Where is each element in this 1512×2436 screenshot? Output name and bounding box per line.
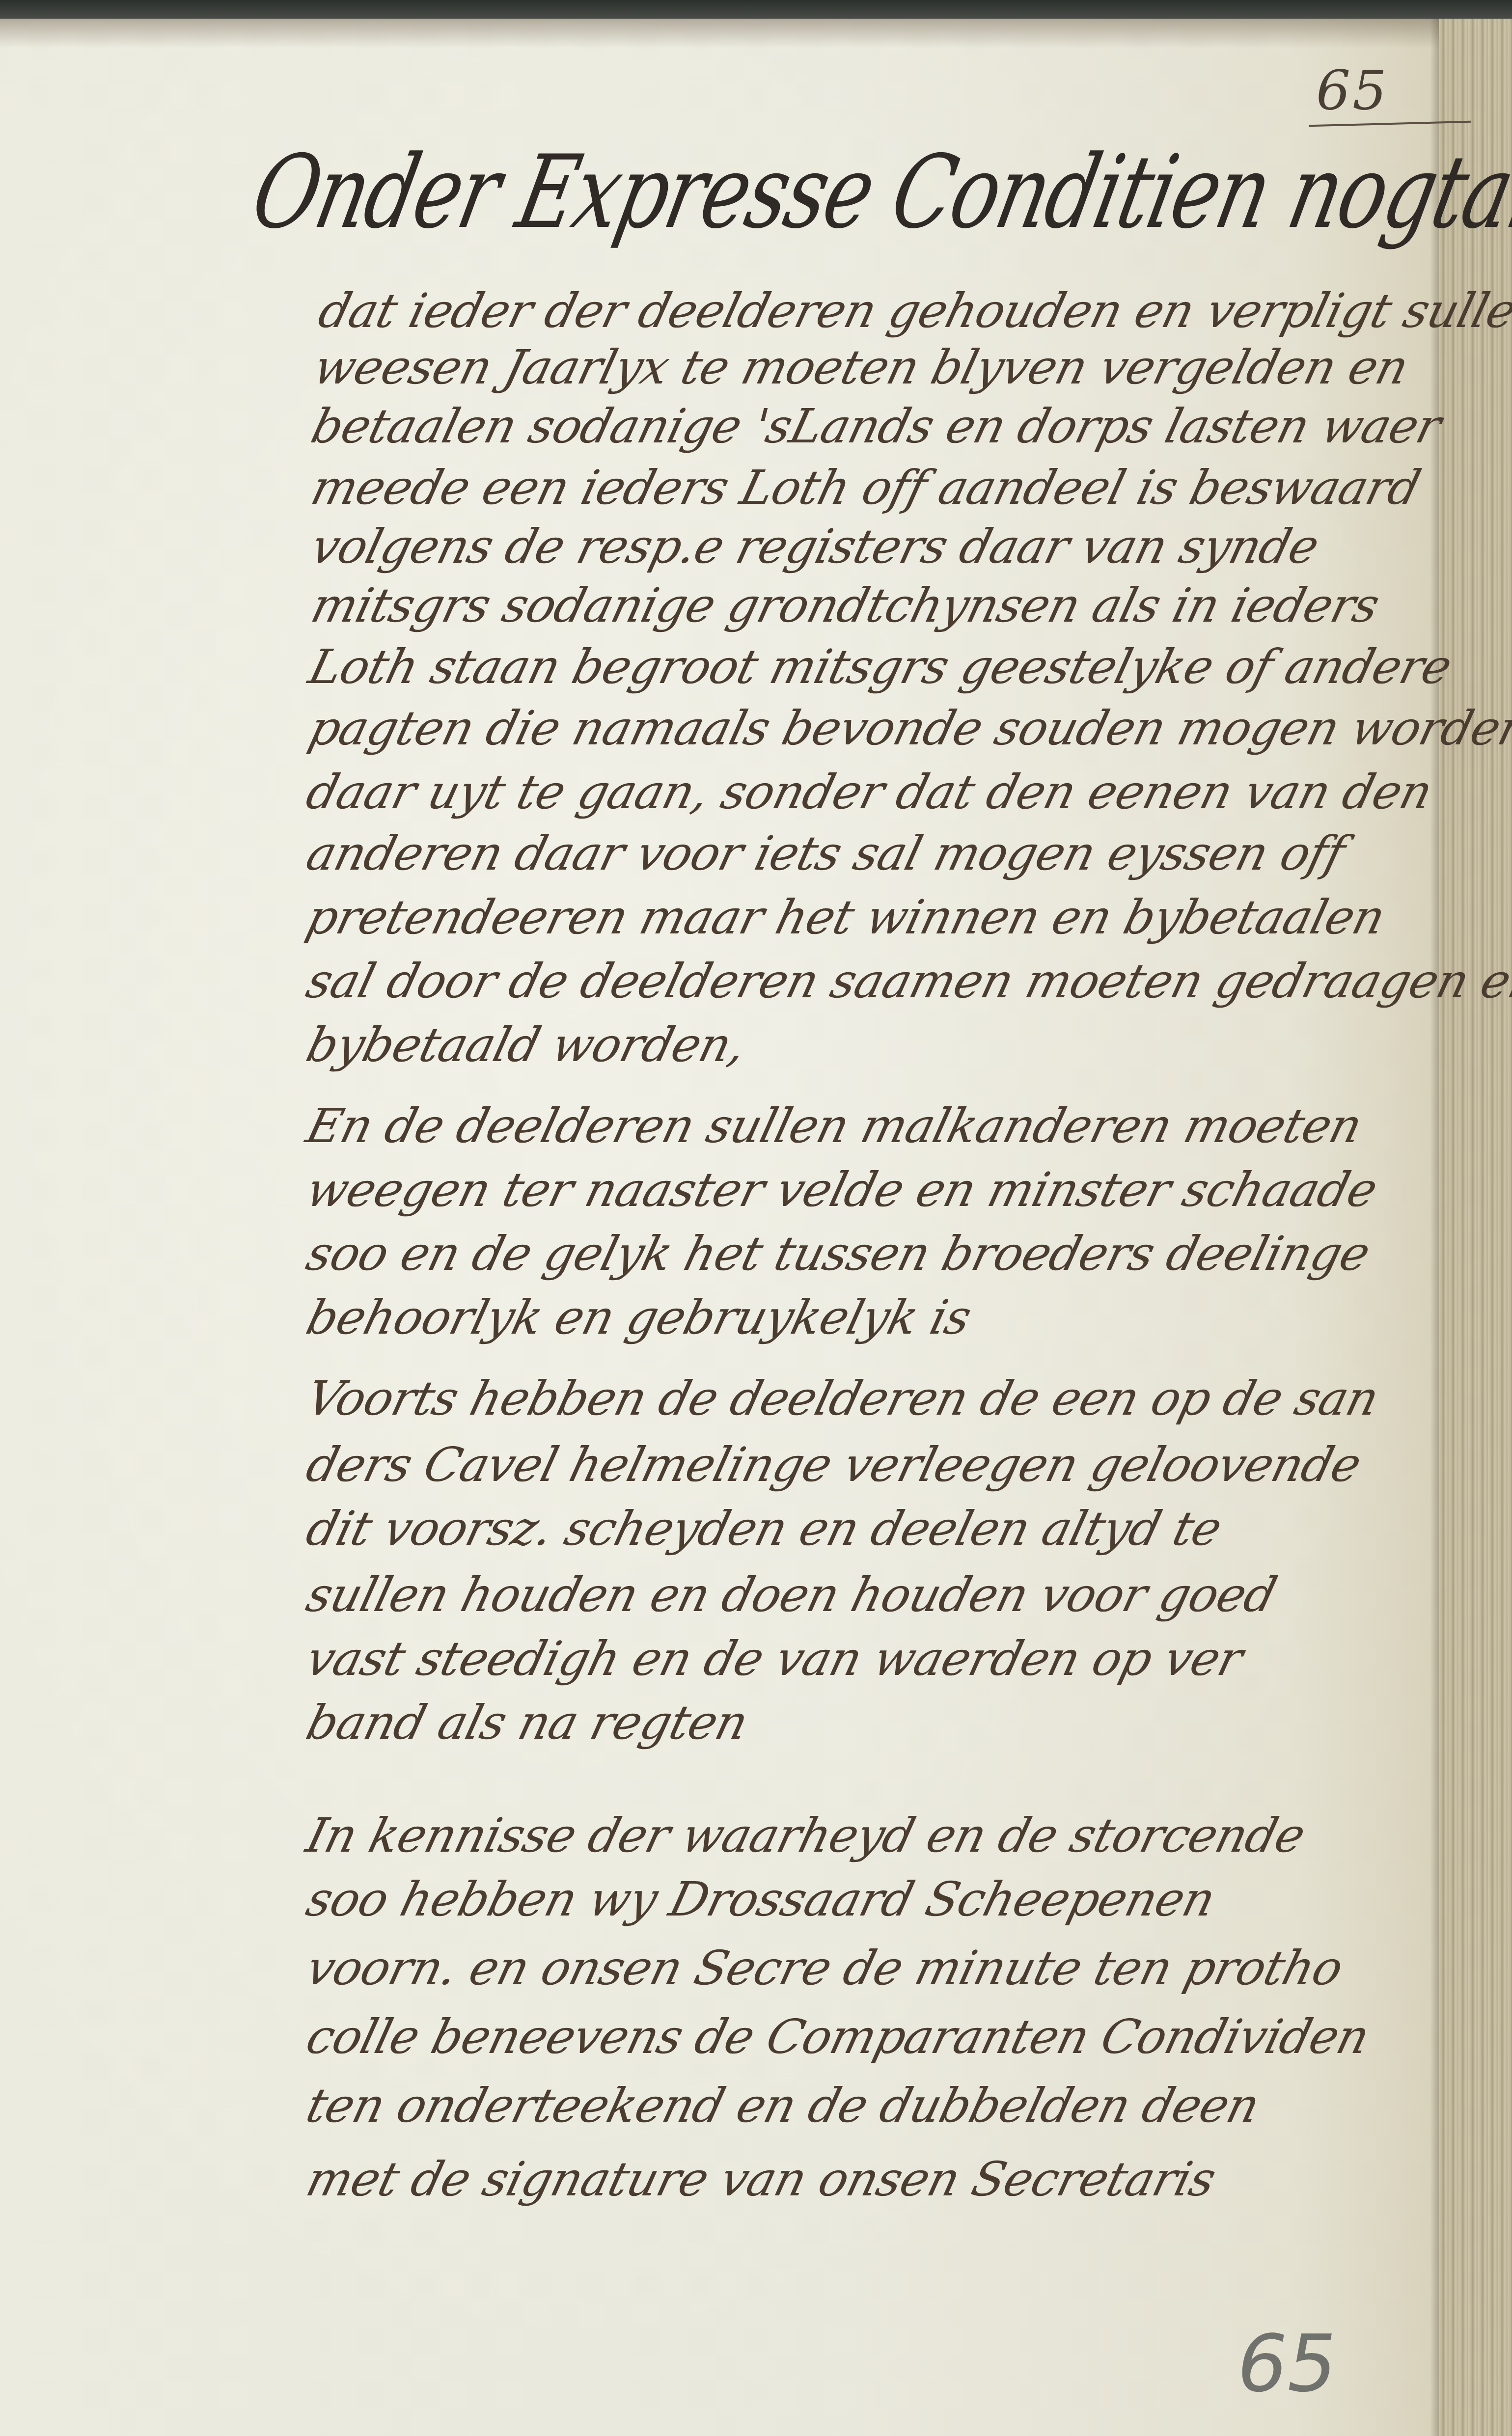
folio-number: 65 <box>1316 59 1389 122</box>
text-line: pretendeeren maar het winnen en bybetaal… <box>302 894 1389 941</box>
manuscript-scan: 65 Onder Expresse Conditien nogtans dat … <box>0 0 1512 2436</box>
pencil-page-number: 65 <box>1230 2318 1346 2409</box>
text-line: anderen daar voor iets sal mogen eyssen … <box>302 830 1349 877</box>
text-line: weesen Jaarlyx te moeten blyven vergelde… <box>309 344 1413 391</box>
text-line: soo hebben wy Drossaard Scheepenen <box>302 1876 1219 1923</box>
text-line: met de signature van onsen Secretaris <box>302 2156 1220 2203</box>
text-line: behoorlyk en gebruykelyk is <box>302 1294 976 1341</box>
text-line: mitsgrs sodanige grondtchynsen als in ie… <box>307 582 1383 629</box>
text-line: In kennisse der waarheyd en de storcende <box>302 1812 1310 1859</box>
text-line: colle beneevens de Comparanten Condivide… <box>302 2013 1374 2060</box>
text-line: ten onderteekend en de dubbelden deen <box>302 2082 1264 2129</box>
text-line: daar uyt te gaan, sonder dat den eenen v… <box>302 768 1437 816</box>
text-line: dat ieder der deelderen gehouden en verp… <box>314 287 1512 334</box>
text-line: voorn. en onsen Secre de minute ten prot… <box>302 1944 1347 1992</box>
calligraphic-heading: Onder Expresse Conditien nogtans <box>245 142 1205 243</box>
scan-background-strip <box>0 0 1512 20</box>
text-line: soo en de gelyk het tussen broeders deel… <box>302 1230 1374 1277</box>
text-line: sullen houden en doen houden voor goed <box>302 1571 1281 1618</box>
text-line: weegen ter naaster velde en minster scha… <box>302 1166 1381 1213</box>
text-line: dit voorsz. scheyden en deelen altyd te <box>302 1505 1226 1552</box>
text-line: Voorts hebben de deelderen de een op de … <box>302 1375 1383 1422</box>
text-line: En de deelderen sullen malkanderen moete… <box>302 1102 1366 1150</box>
text-line: meede een ieders Loth off aandeel is bes… <box>307 464 1425 511</box>
text-line: vast steedigh en de van waerden op ver <box>302 1635 1247 1682</box>
text-line: Loth staan begroot mitsgrs geestelyke of… <box>304 643 1456 690</box>
text-line: sal door de deelderen saamen moeten gedr… <box>302 958 1512 1005</box>
text-line: band als na regten <box>302 1699 752 1746</box>
text-line: betaalen sodanige 'sLands en dorps laste… <box>307 403 1445 450</box>
book-binding-gutter <box>1439 19 1512 2436</box>
text-line: ders Cavel helmelinge verleegen gelooven… <box>302 1441 1366 1488</box>
text-line: pagten die namaals bevonde souden mogen … <box>304 705 1512 752</box>
text-line: bybetaald worden, <box>302 1021 750 1068</box>
text-line: volgens de resp.e registers daar van syn… <box>307 523 1323 570</box>
